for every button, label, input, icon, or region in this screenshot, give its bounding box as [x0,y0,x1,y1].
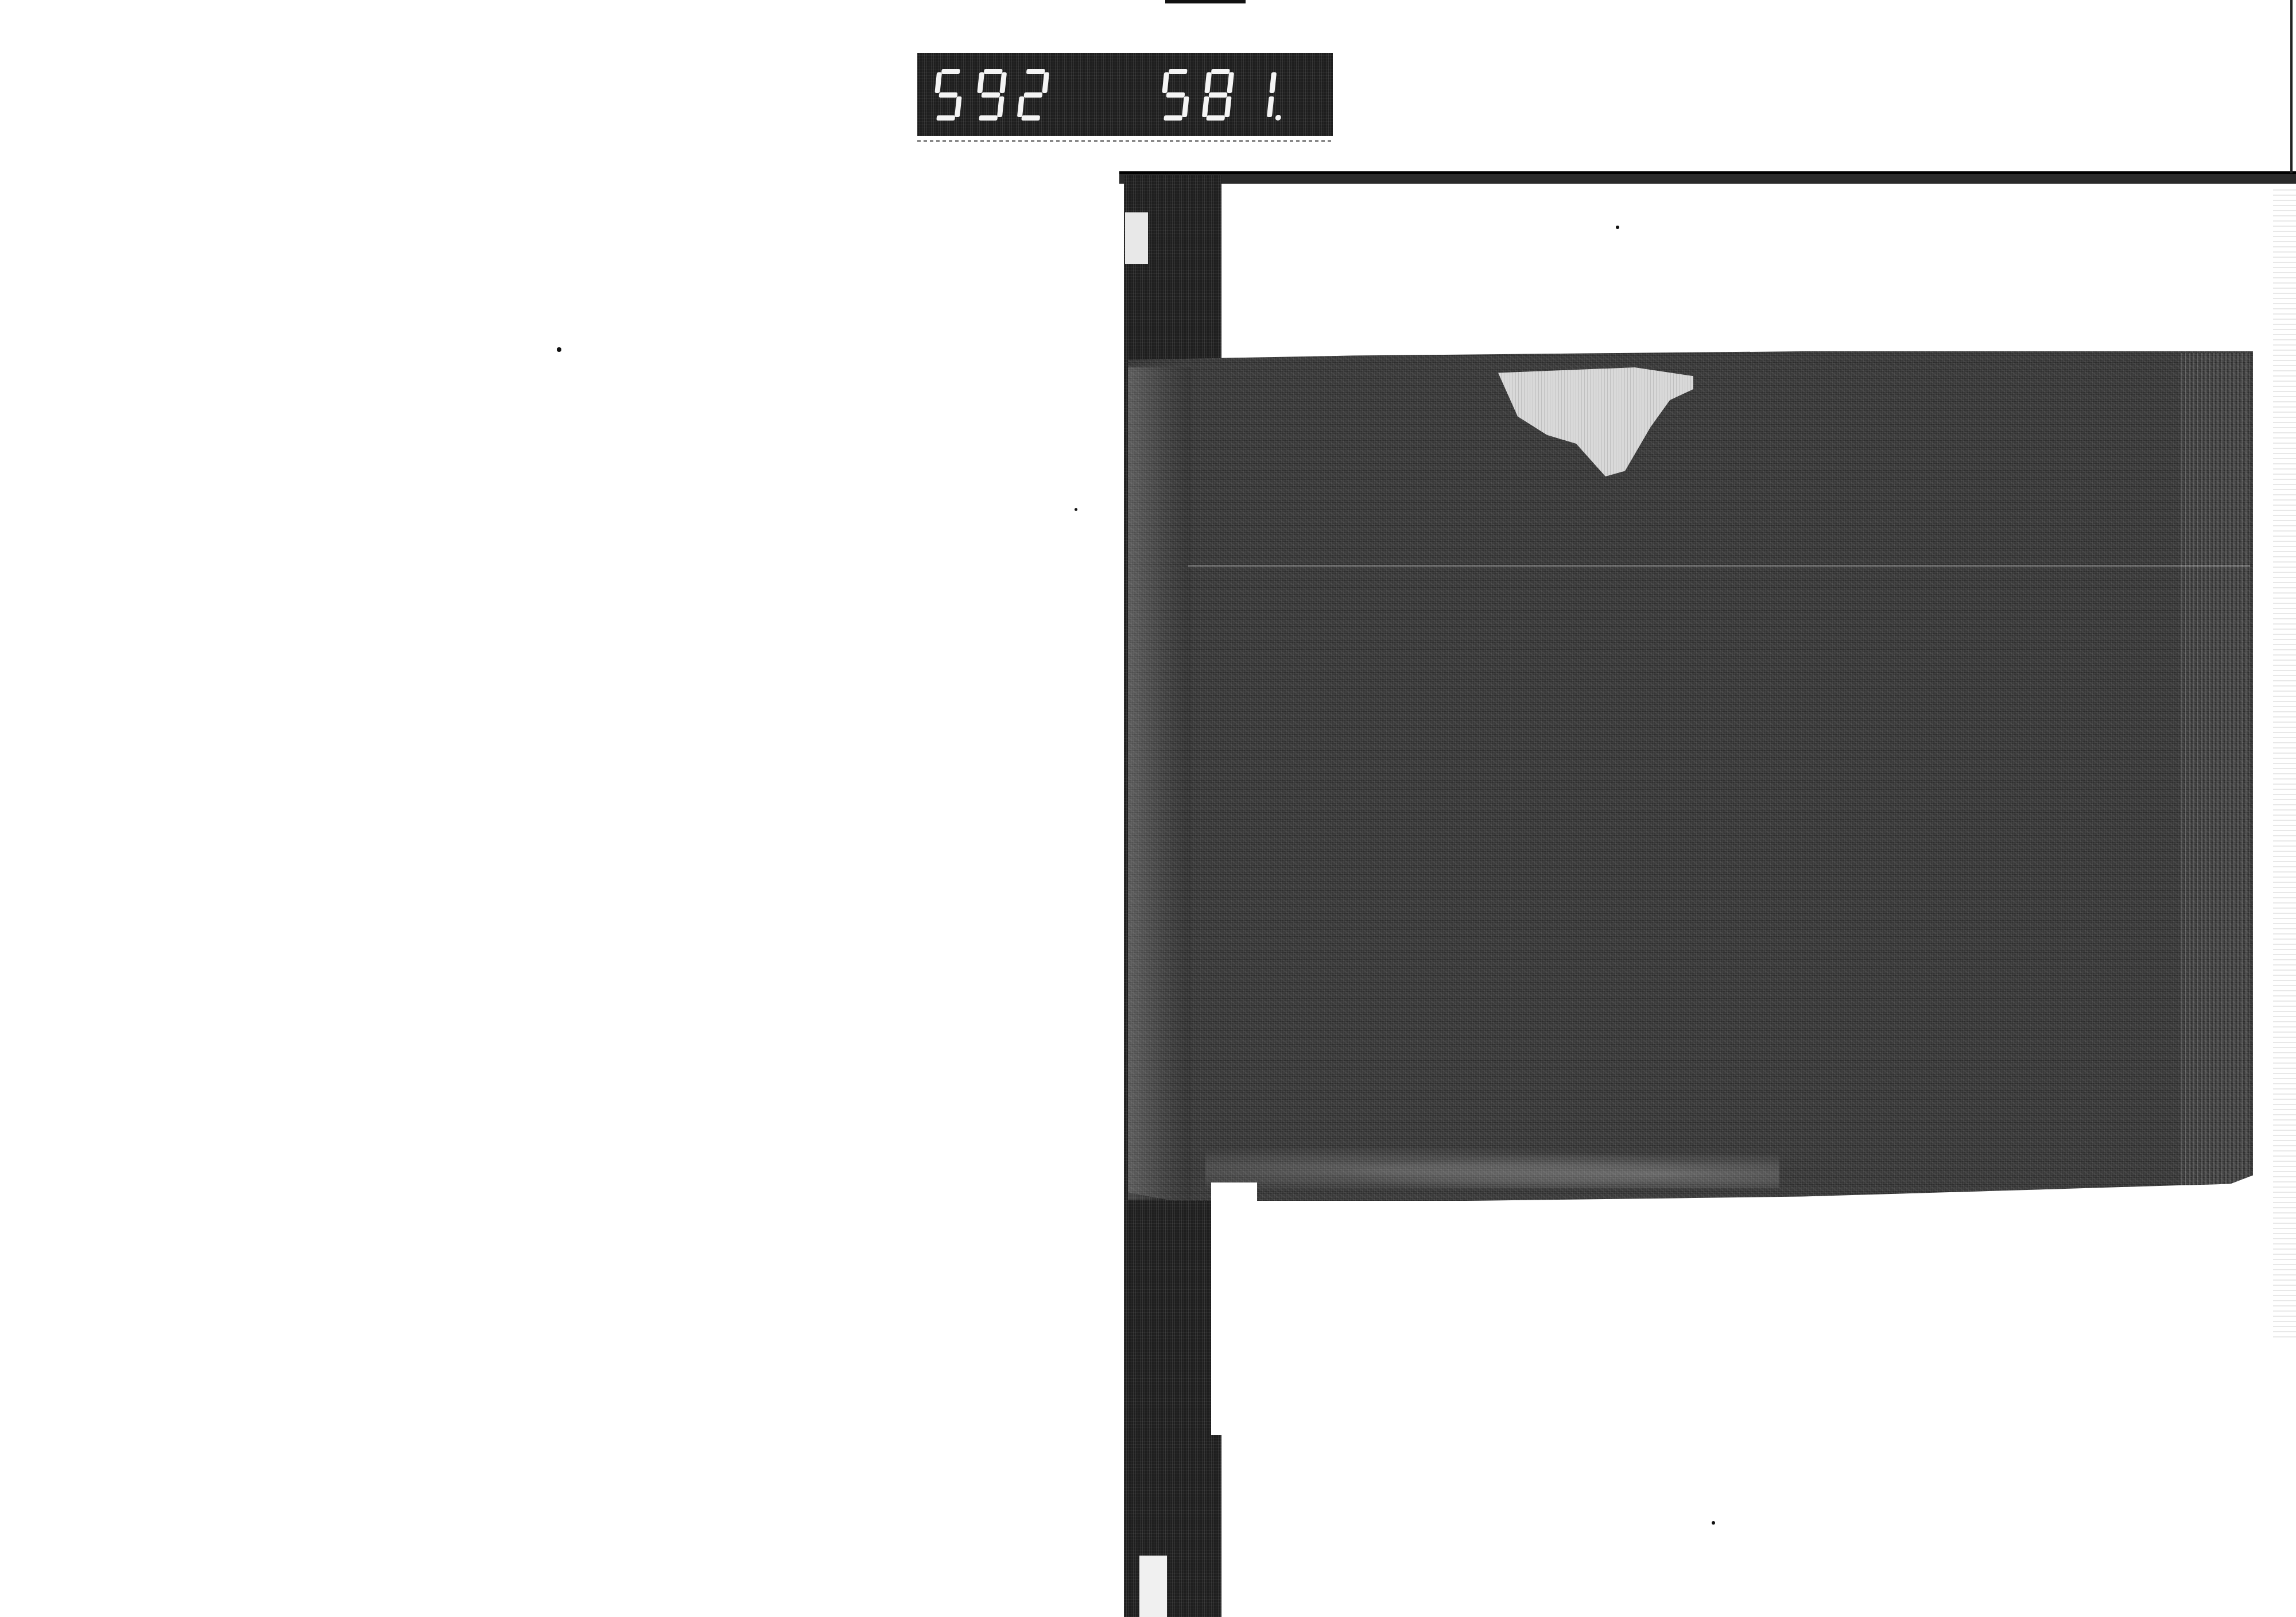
frame-counter-underline [917,140,1333,142]
frame-counter: 592 581. [917,53,1333,136]
book-cover [1128,351,2253,1201]
seven-segment-digit [1159,69,1192,121]
seven-segment-digit [1244,69,1277,121]
right-border-line [2290,0,2293,173]
right-page-edge-speckle [2273,189,2296,1337]
top-tab-stub [1165,0,1246,3]
seven-segment-digit [932,69,964,121]
book-cover-bottom-wear [1205,1142,1779,1188]
book-page-edges [2181,353,2250,1197]
seven-segment-digit [974,69,1007,121]
stand-post-highlight [1125,212,1148,264]
stand-post-bottom-highlight [1139,1556,1167,1617]
scan-speck [557,347,561,352]
book-spine-edge [1128,367,1191,1200]
frame-counter-left [934,69,1047,121]
seven-segment-digit [1017,69,1049,121]
stand-post-notch [1211,1182,1257,1435]
frame-bar-edge-line [1119,172,2296,174]
scan-speck [1075,508,1077,511]
scan-speck [1616,226,1619,229]
book-cover-crease-line [1188,565,2250,567]
frame-counter-right [1162,69,1274,121]
seven-segment-digit [1201,69,1234,121]
scan-speck [1712,1521,1715,1525]
